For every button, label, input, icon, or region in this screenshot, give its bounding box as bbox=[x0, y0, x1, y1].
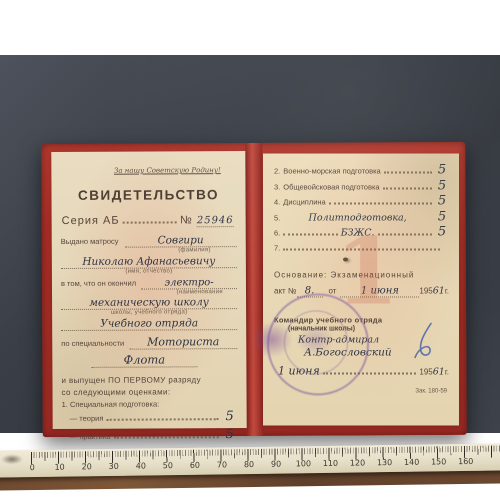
red-watermark-digit: 1 bbox=[335, 225, 399, 317]
finished-row: в том, что он окончил электро- bbox=[61, 277, 237, 290]
specialty-handwritten: Моториста bbox=[129, 335, 237, 350]
grade-label: Дисциплина bbox=[283, 197, 325, 206]
grade-row-7: 7. bbox=[274, 243, 449, 253]
ruler-number: 100 bbox=[296, 459, 311, 468]
dotted-leader bbox=[383, 187, 432, 189]
ruler-number: 80 bbox=[244, 460, 254, 469]
grade-value: 5 bbox=[435, 212, 449, 222]
released-line-2: со следующими оценками: bbox=[62, 387, 238, 397]
ruler-number: 110 bbox=[323, 459, 338, 468]
practice-grade-row: — практика 5 bbox=[70, 430, 238, 442]
dotted-leader bbox=[283, 233, 337, 235]
theory-label: — теория bbox=[70, 414, 104, 423]
motto-line: За нашу Советскую Родину! bbox=[97, 166, 237, 175]
dotted-leader bbox=[106, 418, 218, 421]
grade-row-6: 6. БЗЖС. 5 bbox=[274, 227, 449, 237]
ruler-number: 50 bbox=[163, 461, 173, 470]
grades-header: 1. Специальная подготовка: bbox=[62, 399, 238, 409]
certificate-red-cover: За нашу Советскую Родину! СВИДЕТЕЛЬСТВО … bbox=[41, 142, 467, 437]
photo-background: За нашу Советскую Родину! СВИДЕТЕЛЬСТВО … bbox=[0, 55, 500, 433]
theory-grade-row: — теория 5 bbox=[70, 412, 238, 424]
released-line-1: и выпущен ПО ПЕРВОМУ разряду bbox=[61, 375, 237, 385]
act-date-handwritten: 1 июня bbox=[340, 285, 419, 297]
grade-value: 5 bbox=[435, 181, 449, 191]
round-stamp bbox=[267, 293, 369, 395]
dotted-leader bbox=[329, 202, 432, 204]
basis-line: Основание: Экзаменационный bbox=[274, 270, 449, 279]
from-label: от bbox=[329, 286, 337, 295]
series-label: Серия АБ bbox=[62, 215, 120, 227]
specialty-handwritten-2: Флота bbox=[91, 352, 197, 368]
school-caption-2: школы, учебного отряда) bbox=[61, 309, 237, 316]
issued-row: Выдано матросу Совгири bbox=[61, 234, 237, 248]
year-printed: 195 bbox=[419, 286, 432, 295]
grade-row-5: 5. Политподготовка, 5 bbox=[274, 212, 449, 222]
school-caption-1: (наименование bbox=[61, 289, 223, 296]
date-day-handwritten: 1 июня bbox=[278, 364, 320, 377]
date-year-handwritten: 61 bbox=[433, 366, 445, 377]
rank-handwritten: Контр-адмирал bbox=[298, 334, 449, 345]
certificate-title: СВИДЕТЕЛЬСТВО bbox=[51, 187, 245, 203]
signature-handwritten: А.Богословский bbox=[304, 346, 449, 358]
basis-act-row: акт № 8. от 1 июня 195 61 г. bbox=[274, 285, 449, 297]
year-handwritten: 61 bbox=[433, 285, 445, 296]
commander-line-1: Командир учебного отряда bbox=[274, 315, 449, 324]
theory-grade-value: 5 bbox=[222, 412, 238, 422]
dotted-leader bbox=[323, 372, 417, 374]
specialty-row: по специальности Моториста bbox=[61, 335, 237, 350]
surname-caption: (фамилия) bbox=[61, 247, 211, 254]
certificate-right-page: 1 2. Военно-морская подготовка 5 3. bbox=[263, 153, 459, 425]
grade-label-handwritten: Политподготовка, bbox=[280, 212, 435, 223]
photo-of-certificate: За нашу Советскую Родину! СВИДЕТЕЛЬСТВО … bbox=[0, 0, 500, 500]
ruler-number: 70 bbox=[217, 460, 227, 469]
year-suffix: г. bbox=[445, 286, 449, 295]
name-patronymic-handwritten: Николаю Афанасьевичу bbox=[61, 255, 237, 269]
ruler-number: 150 bbox=[431, 457, 446, 466]
grade-value: 5 bbox=[435, 165, 449, 175]
grade-num: 5. bbox=[274, 213, 280, 222]
grade-num: 2. bbox=[274, 166, 280, 175]
signature-flourish bbox=[401, 321, 441, 367]
name-caption: (имя, отчество) bbox=[61, 268, 237, 275]
print-order-code: Зак. 180-59 bbox=[274, 388, 449, 394]
ruler-number: 0 bbox=[30, 463, 35, 472]
certificate-left-page: За нашу Советскую Родину! СВИДЕТЕЛЬСТВО … bbox=[51, 151, 246, 429]
ruler-number: 60 bbox=[190, 461, 200, 470]
practice-grade-value: 5 bbox=[222, 430, 238, 440]
practice-label: — практика bbox=[70, 432, 111, 441]
commander-line-2: (начальник школы) bbox=[288, 325, 449, 332]
detachment-handwritten: Учебного отряда bbox=[61, 317, 237, 331]
ink-smudge bbox=[251, 321, 293, 357]
ruler-number: 140 bbox=[404, 458, 419, 467]
grade-row-2: 2. Военно-морская подготовка 5 bbox=[274, 165, 449, 175]
grade-label: Военно-морская подготовка bbox=[283, 166, 380, 175]
dotted-leader bbox=[378, 233, 432, 235]
ruler-number: 160 bbox=[458, 457, 473, 466]
grade-row-4: 4. Дисциплина 5 bbox=[274, 196, 449, 206]
finished-label: в том, что он окончил bbox=[61, 279, 136, 288]
grade-row-3: 3. Общевойсковая подготовка 5 bbox=[274, 181, 449, 191]
serial-number-handwritten: 25946 bbox=[197, 215, 234, 227]
school-type-handwritten: электро- bbox=[141, 277, 237, 290]
date-year-printed: 195 bbox=[419, 367, 432, 376]
ruler-number: 20 bbox=[82, 462, 92, 471]
specialty-label: по специальности bbox=[61, 339, 124, 348]
ruler-number: 120 bbox=[350, 458, 365, 467]
ink-blot bbox=[343, 257, 348, 261]
dotted-leader bbox=[123, 221, 177, 223]
ruler-number: 30 bbox=[109, 462, 119, 471]
cover-spine bbox=[245, 143, 264, 436]
surname-handwritten: Совгири bbox=[124, 234, 236, 248]
ruler-number: 40 bbox=[136, 461, 146, 470]
grade-value: 5 bbox=[435, 196, 449, 206]
dotted-leader bbox=[283, 248, 440, 250]
grade-num: 4. bbox=[274, 197, 280, 206]
issued-label: Выдано матросу bbox=[61, 237, 119, 246]
grade-num: 6. bbox=[274, 228, 280, 237]
school-name-handwritten: механическую школу bbox=[61, 296, 237, 310]
grade-label: Общевойсковая подготовка bbox=[283, 182, 379, 191]
act-number-handwritten: 8. bbox=[297, 285, 323, 297]
series-row: Серия АБ № 25946 bbox=[62, 214, 234, 228]
ruler-brand-smudge bbox=[1, 454, 23, 464]
act-label: акт № bbox=[274, 286, 297, 295]
grade-num: 3. bbox=[274, 182, 280, 191]
dotted-leader bbox=[113, 436, 218, 439]
dotted-leader bbox=[384, 171, 432, 173]
date-row: 1 июня 195 61 г. bbox=[274, 364, 449, 377]
ruler-number: 130 bbox=[377, 458, 392, 467]
ruler-number: 10 bbox=[54, 463, 64, 472]
grade-value: 5 bbox=[435, 227, 449, 237]
ruler-number: 90 bbox=[271, 460, 281, 469]
grade-num: 7. bbox=[274, 243, 280, 252]
grade-label-handwritten: БЗЖС. bbox=[341, 227, 375, 238]
number-sign: № bbox=[180, 214, 193, 226]
date-year-suffix: г. bbox=[445, 367, 449, 376]
